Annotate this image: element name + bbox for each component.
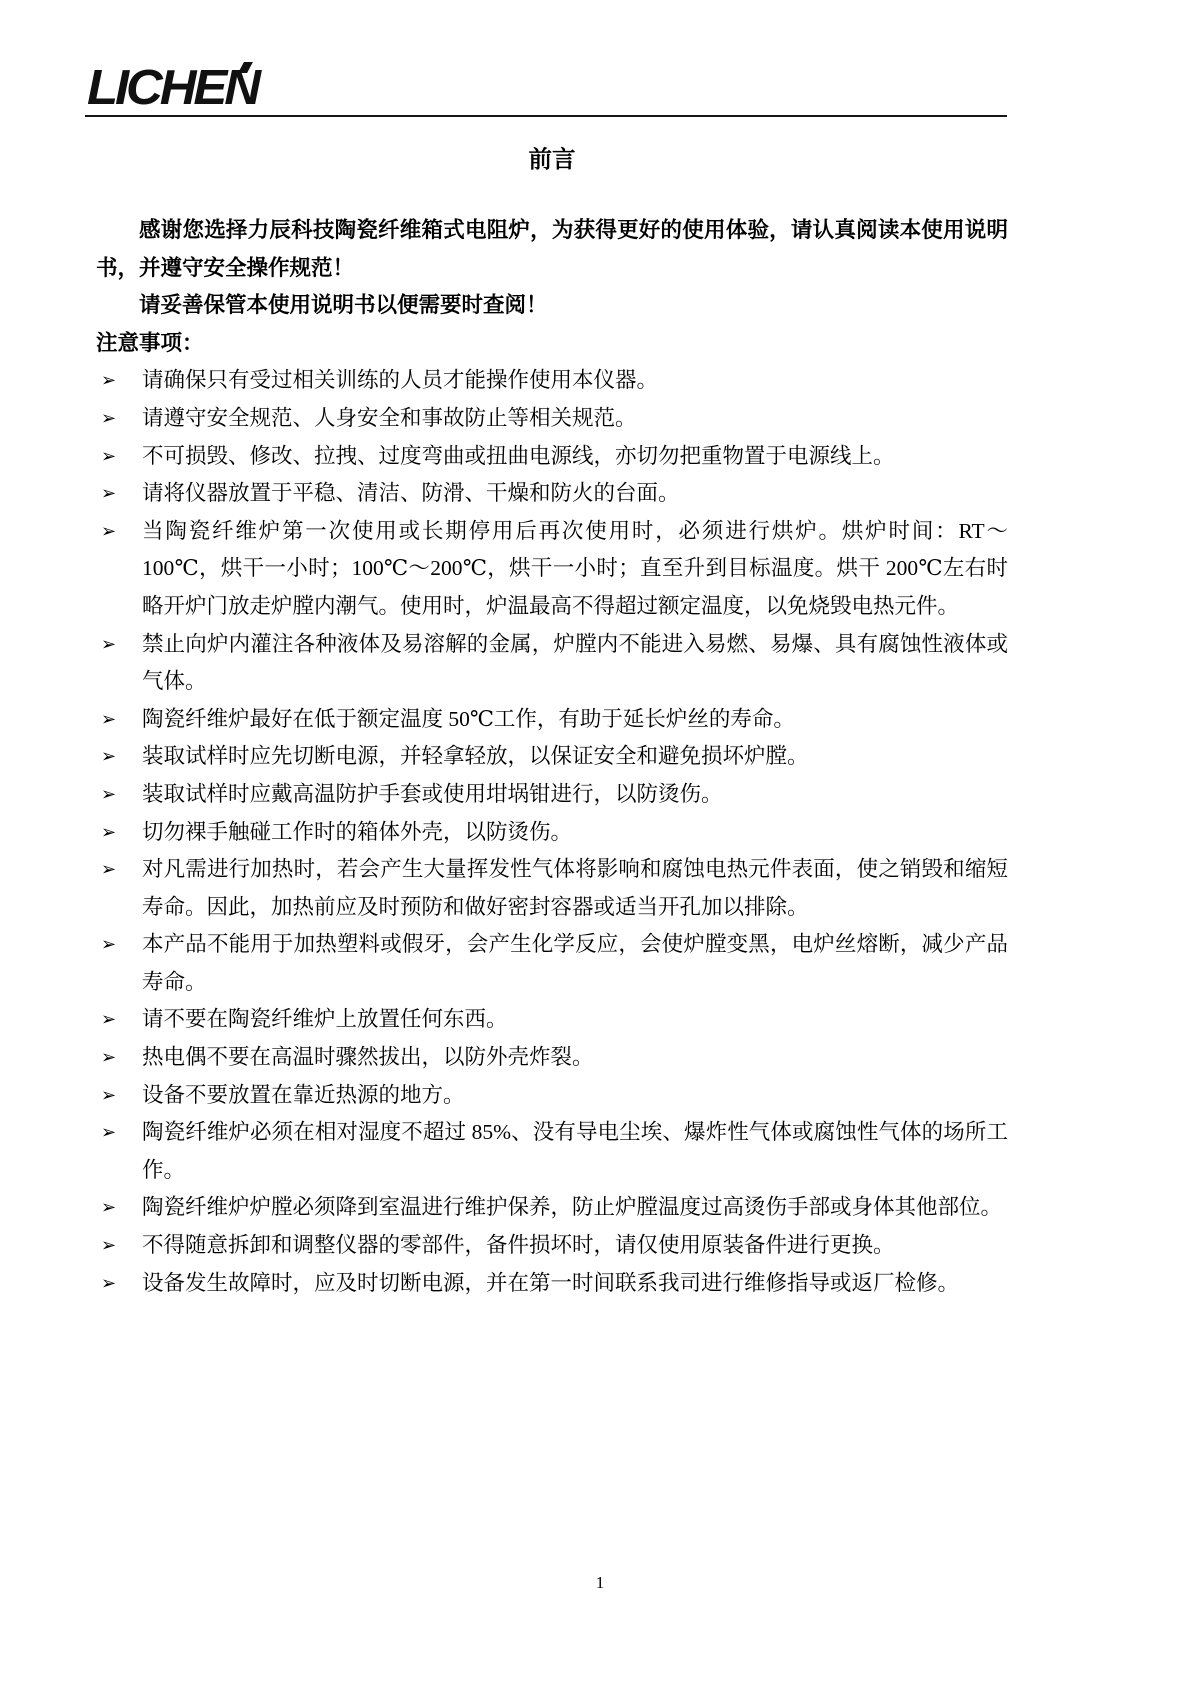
note-item: ➢请遵守安全规范、人身安全和事故防止等相关规范。 [96,400,1008,438]
note-item: ➢对凡需进行加热时，若会产生大量挥发性气体将影响和腐蚀电热元件表面，使之销毁和缩… [96,851,1008,926]
intro-paragraph-2: 请妥善保管本使用说明书以便需要时查阅！ [96,287,1008,325]
note-text: 本产品不能用于加热塑料或假牙，会产生化学反应，会使炉膛变黑，电炉丝熔断，减少产品… [142,932,1008,994]
note-text: 装取试样时应戴高温防护手套或使用坩埚钳进行，以防烫伤。 [142,782,723,806]
note-item: ➢请确保只有受过相关训练的人员才能操作使用本仪器。 [96,362,1008,400]
bullet-arrow-icon: ➢ [101,851,116,889]
note-text: 设备发生故障时，应及时切断电源，并在第一时间联系我司进行维修指导或返厂检修。 [142,1271,959,1295]
bullet-arrow-icon: ➢ [101,513,116,551]
note-item: ➢禁止向炉内灌注各种液体及易溶解的金属，炉膛内不能进入易燃、易爆、具有腐蚀性液体… [96,626,1008,701]
note-item: ➢不可损毁、修改、拉拽、过度弯曲或扭曲电源线，亦切勿把重物置于电源线上。 [96,438,1008,476]
header-rule [85,115,1007,117]
bullet-arrow-icon: ➢ [101,1001,116,1039]
bullet-arrow-icon: ➢ [101,438,116,476]
note-item: ➢陶瓷纤维炉必须在相对湿度不超过 85%、没有导电尘埃、爆炸性气体或腐蚀性气体的… [96,1114,1008,1189]
note-item: ➢装取试样时应先切断电源，并轻拿轻放，以保证安全和避免损坏炉膛。 [96,738,1008,776]
note-text: 对凡需进行加热时，若会产生大量挥发性气体将影响和腐蚀电热元件表面，使之销毁和缩短… [142,857,1008,919]
bullet-arrow-icon: ➢ [101,362,116,400]
note-item: ➢不得随意拆卸和调整仪器的零部件，备件损坏时，请仅使用原装备件进行更换。 [96,1227,1008,1265]
brand-header: LICHEN [85,60,1007,118]
note-item: ➢陶瓷纤维炉最好在低于额定温度 50℃工作，有助于延长炉丝的寿命。 [96,701,1008,739]
note-item: ➢设备不要放置在靠近热源的地方。 [96,1077,1008,1115]
page-title: 前言 [96,144,1008,176]
note-text: 切勿裸手触碰工作时的箱体外壳，以防烫伤。 [142,820,572,844]
lichen-logo: LICHEN [87,64,258,113]
note-text: 请遵守安全规范、人身安全和事故防止等相关规范。 [142,406,637,430]
note-item: ➢切勿裸手触碰工作时的箱体外壳，以防烫伤。 [96,814,1008,852]
note-text: 请确保只有受过相关训练的人员才能操作使用本仪器。 [142,368,658,392]
note-text: 禁止向炉内灌注各种液体及易溶解的金属，炉膛内不能进入易燃、易爆、具有腐蚀性液体或… [142,632,1008,694]
note-text: 陶瓷纤维炉最好在低于额定温度 50℃工作，有助于延长炉丝的寿命。 [142,707,795,731]
note-text: 装取试样时应先切断电源，并轻拿轻放，以保证安全和避免损坏炉膛。 [142,744,809,768]
bullet-arrow-icon: ➢ [101,1265,116,1303]
note-text: 设备不要放置在靠近热源的地方。 [142,1083,465,1107]
document-body: 前言 感谢您选择力辰科技陶瓷纤维箱式电阻炉，为获得更好的使用体验，请认真阅读本使… [96,130,1008,1302]
note-item: ➢本产品不能用于加热塑料或假牙，会产生化学反应，会使炉膛变黑，电炉丝熔断，减少产… [96,926,1008,1001]
note-text: 陶瓷纤维炉炉膛必须降到室温进行维护保养，防止炉膛温度过高烫伤手部或身体其他部位。 [142,1195,1002,1219]
note-item: ➢装取试样时应戴高温防护手套或使用坩埚钳进行，以防烫伤。 [96,776,1008,814]
note-text: 陶瓷纤维炉必须在相对湿度不超过 85%、没有导电尘埃、爆炸性气体或腐蚀性气体的场… [142,1120,1008,1182]
note-text: 不得随意拆卸和调整仪器的零部件，备件损坏时，请仅使用原装备件进行更换。 [142,1233,895,1257]
bullet-arrow-icon: ➢ [101,814,116,852]
note-item: ➢请不要在陶瓷纤维炉上放置任何东西。 [96,1001,1008,1039]
note-text: 请将仪器放置于平稳、清洁、防滑、干燥和防火的台面。 [142,481,680,505]
bullet-arrow-icon: ➢ [101,701,116,739]
bullet-arrow-icon: ➢ [101,400,116,438]
note-item: ➢请将仪器放置于平稳、清洁、防滑、干燥和防火的台面。 [96,475,1008,513]
bullet-arrow-icon: ➢ [101,1039,116,1077]
bullet-arrow-icon: ➢ [101,1077,116,1115]
bullet-arrow-icon: ➢ [101,475,116,513]
intro-paragraph-1: 感谢您选择力辰科技陶瓷纤维箱式电阻炉，为获得更好的使用体验，请认真阅读本使用说明… [96,212,1008,287]
note-text: 请不要在陶瓷纤维炉上放置任何东西。 [142,1007,508,1031]
bullet-arrow-icon: ➢ [101,926,116,964]
bullet-arrow-icon: ➢ [101,776,116,814]
note-item: ➢热电偶不要在高温时骤然拔出，以防外壳炸裂。 [96,1039,1008,1077]
notes-list: ➢请确保只有受过相关训练的人员才能操作使用本仪器。➢请遵守安全规范、人身安全和事… [96,362,1008,1302]
note-text: 当陶瓷纤维炉第一次使用或长期停用后再次使用时，必须进行烘炉。烘炉时间：RT～10… [142,519,1008,618]
note-item: ➢当陶瓷纤维炉第一次使用或长期停用后再次使用时，必须进行烘炉。烘炉时间：RT～1… [96,513,1008,626]
note-text: 热电偶不要在高温时骤然拔出，以防外壳炸裂。 [142,1045,594,1069]
note-text: 不可损毁、修改、拉拽、过度弯曲或扭曲电源线，亦切勿把重物置于电源线上。 [142,444,895,468]
page-number: 1 [0,1572,1200,1594]
notes-heading: 注意事项： [96,325,1008,363]
bullet-arrow-icon: ➢ [101,738,116,776]
bullet-arrow-icon: ➢ [101,1189,116,1227]
bullet-arrow-icon: ➢ [101,1114,116,1152]
bullet-arrow-icon: ➢ [101,626,116,664]
note-item: ➢陶瓷纤维炉炉膛必须降到室温进行维护保养，防止炉膛温度过高烫伤手部或身体其他部位… [96,1189,1008,1227]
note-item: ➢设备发生故障时，应及时切断电源，并在第一时间联系我司进行维修指导或返厂检修。 [96,1265,1008,1303]
bullet-arrow-icon: ➢ [101,1227,116,1265]
manual-page: LICHEN 前言 感谢您选择力辰科技陶瓷纤维箱式电阻炉，为获得更好的使用体验，… [0,0,1200,1697]
